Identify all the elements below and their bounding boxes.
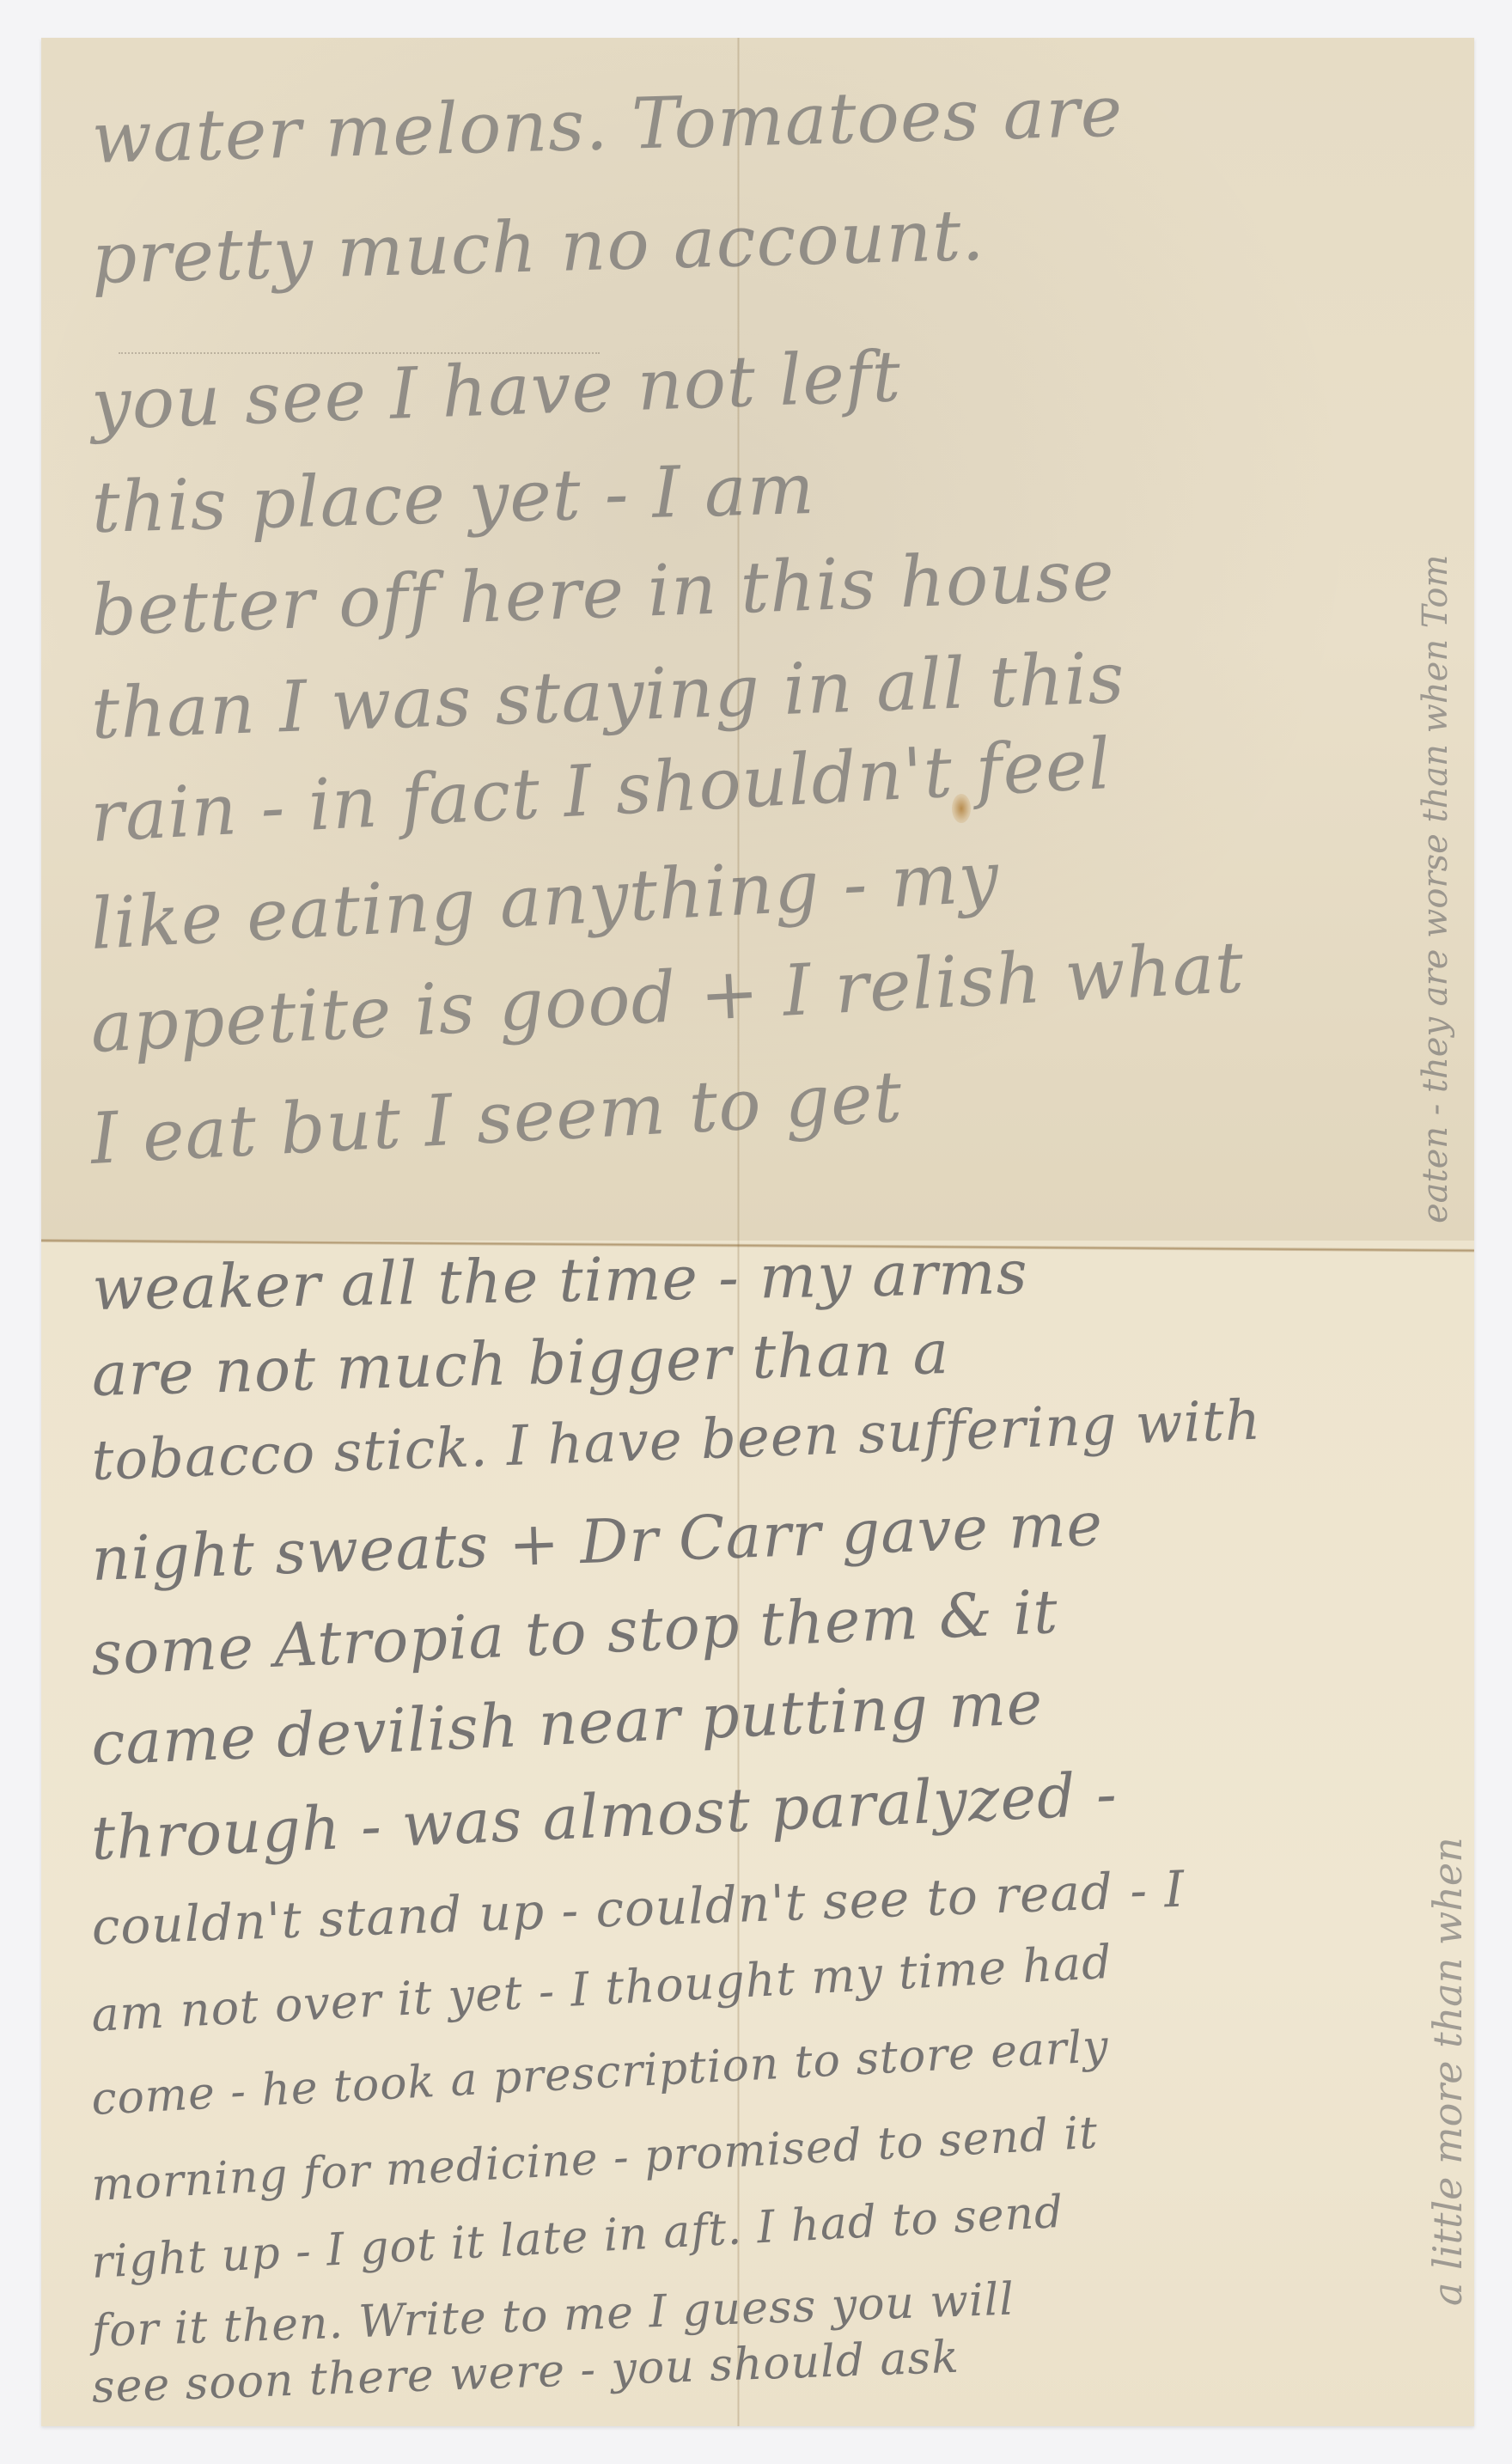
letter-page: water melons. Tomatoes are pretty much n… xyxy=(41,38,1474,2426)
margin-note-bottom: a little more than when xyxy=(1424,1837,1471,2306)
margin-note-top: eaten - they are worse than when Tom xyxy=(1416,555,1455,1223)
